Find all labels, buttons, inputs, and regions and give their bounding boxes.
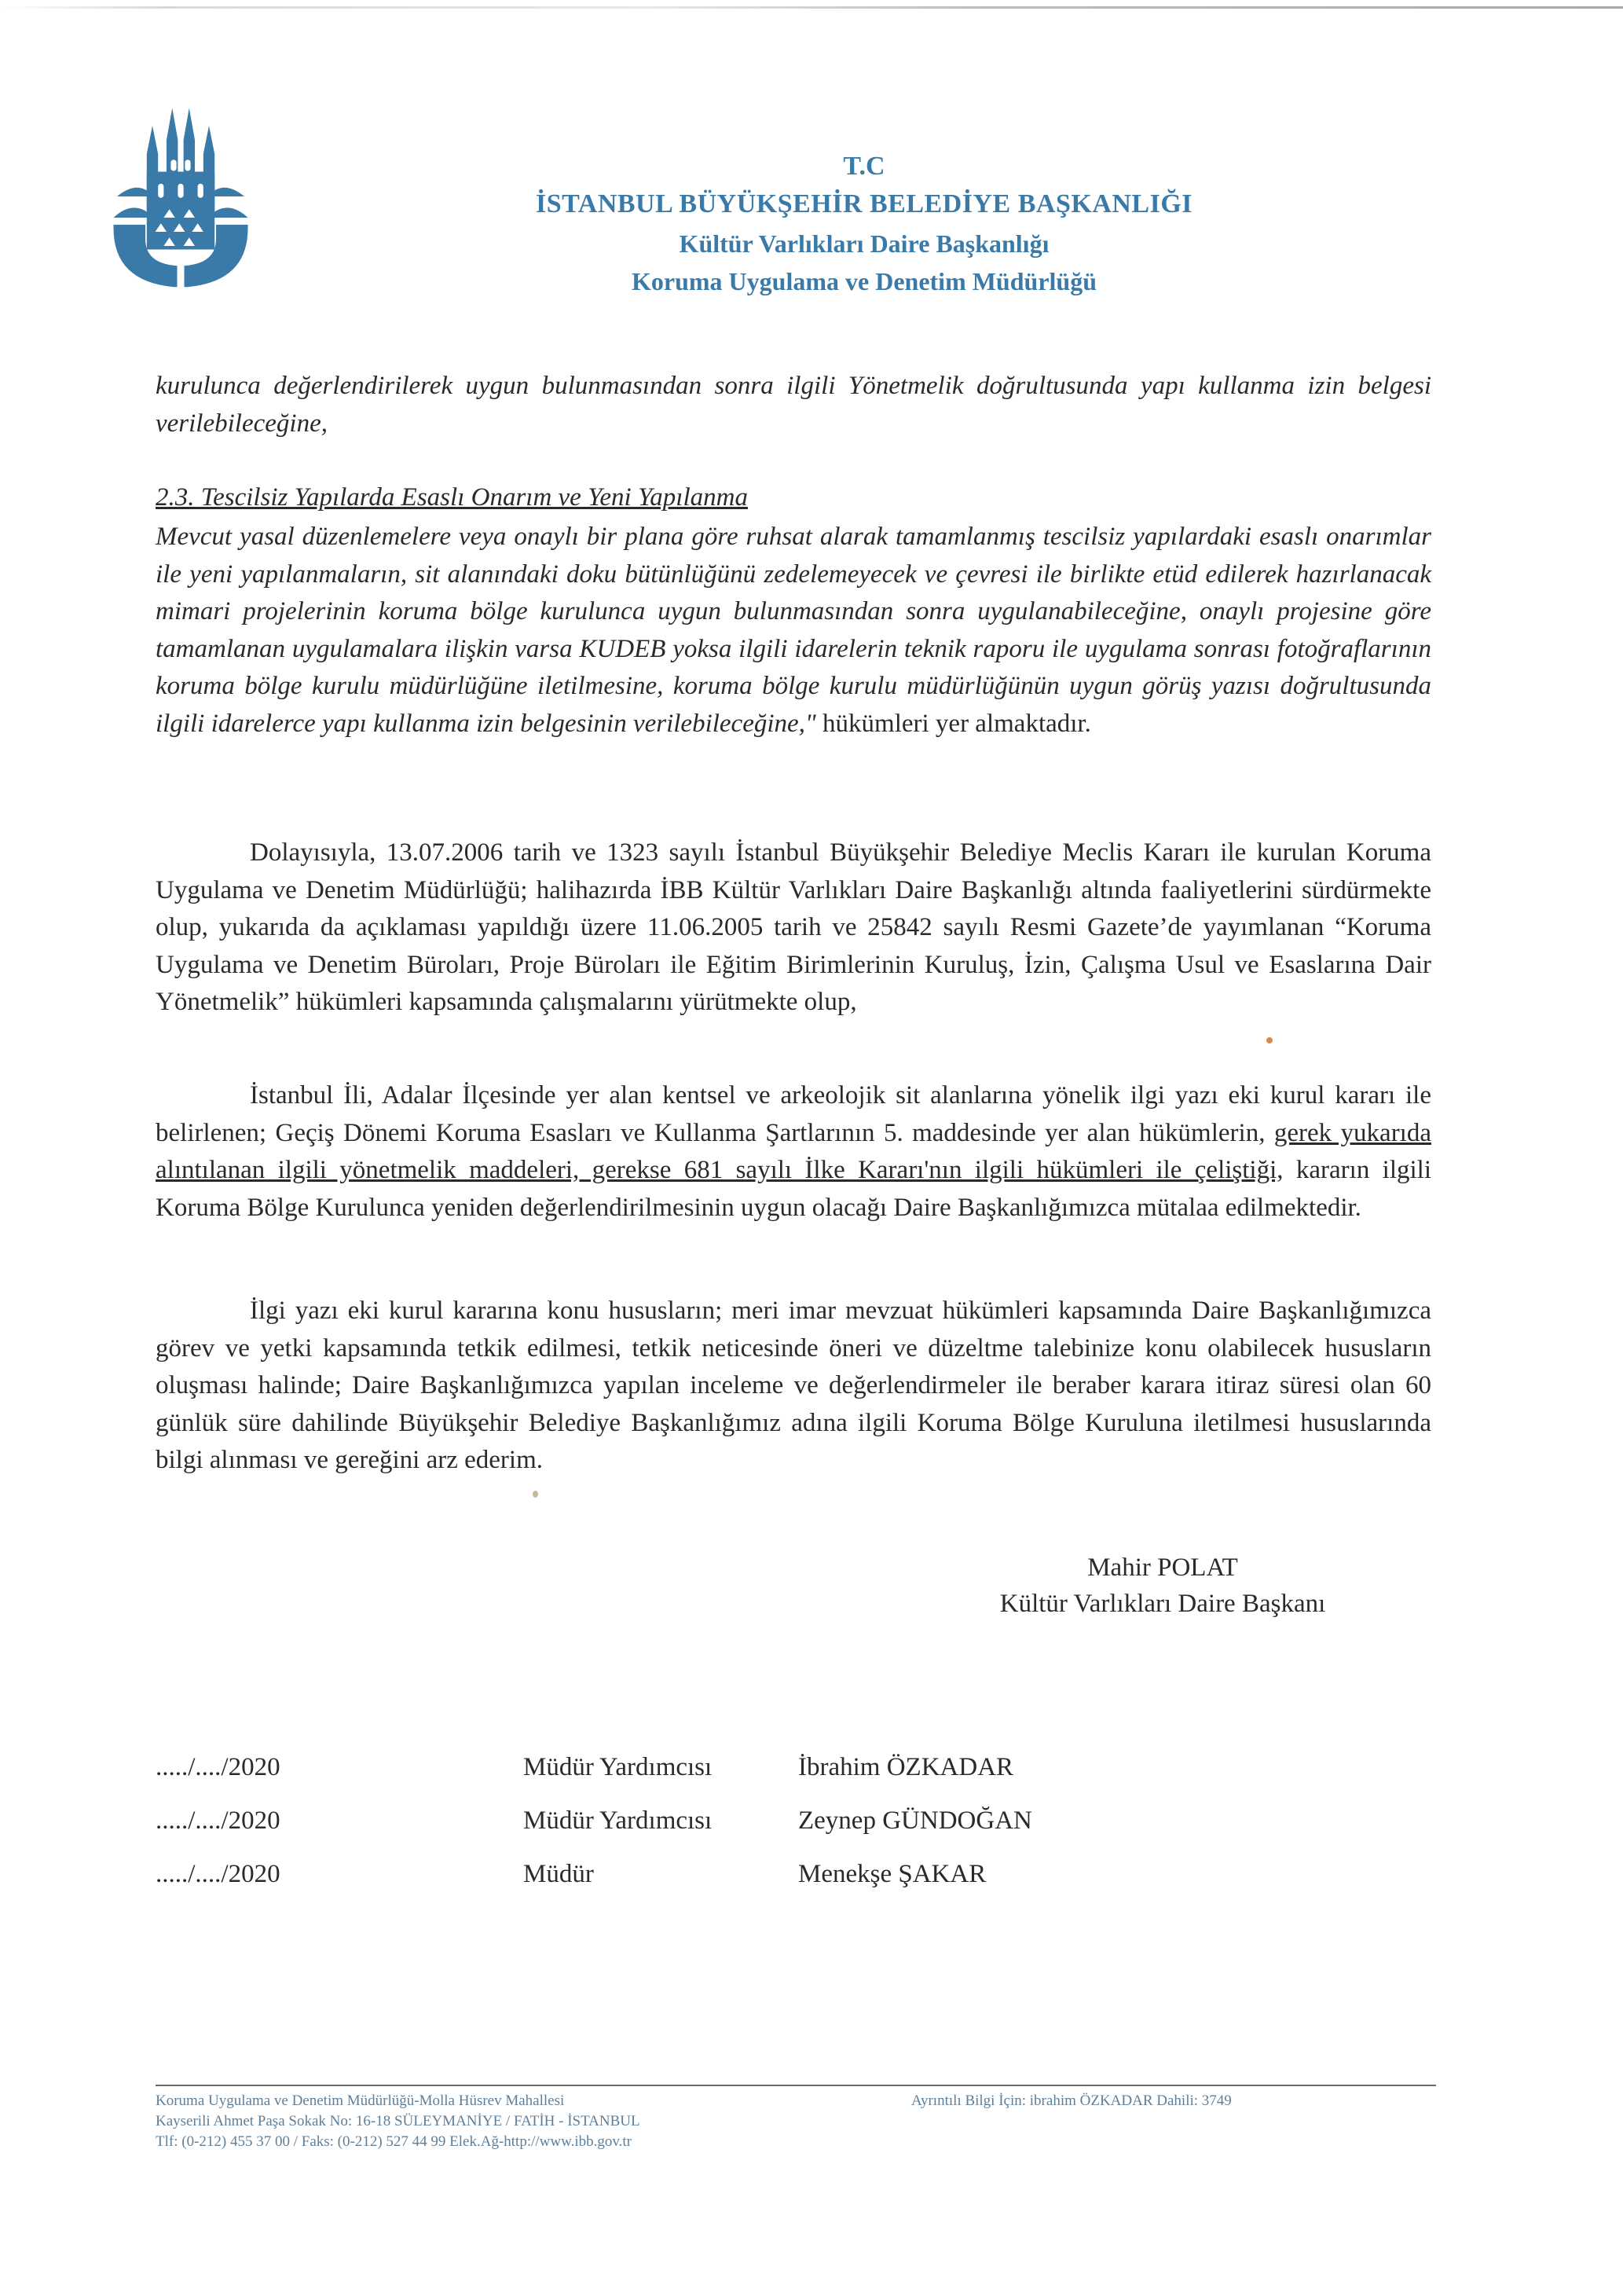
approval-date: ...../..../2020 — [156, 1794, 523, 1847]
signatory-title: Kültür Varlıkları Daire Başkanı — [943, 1586, 1383, 1622]
footer-address-line3: Tlf: (0-212) 455 37 00 / Faks: (0-212) 5… — [156, 2132, 640, 2152]
footer-contact: Ayrıntılı Bilgi İçin: ibrahim ÖZKADAR Da… — [911, 2091, 1232, 2111]
approval-title: Müdür — [523, 1847, 798, 1901]
approval-name: Zeynep GÜNDOĞAN — [798, 1794, 1032, 1847]
signature-block: Mahir POLAT Kültür Varlıkları Daire Başk… — [943, 1550, 1383, 1622]
paragraph-ilgi: İlgi yazı eki kurul kararına konu hususl… — [156, 1293, 1431, 1480]
approval-row: ...../..../2020 Müdür Menekşe ŞAKAR — [156, 1847, 1032, 1901]
header-unit: Koruma Uygulama ve Denetim Müdürlüğü — [236, 262, 1493, 300]
approval-row: ...../..../2020 Müdür Yardımcısı Zeynep … — [156, 1794, 1032, 1847]
header-department: Kültür Varlıkları Daire Başkanlığı — [236, 225, 1493, 262]
footer-address: Koruma Uygulama ve Denetim Müdürlüğü-Mol… — [156, 2091, 640, 2152]
quoted-regulation-text: Mevcut yasal düzenlemelere veya onaylı b… — [156, 523, 1431, 738]
approval-row: ...../..../2020 Müdür Yardımcısı İbrahim… — [156, 1740, 1032, 1794]
letterhead: T.C İSTANBUL BÜYÜKŞEHİR BELEDİYE BAŞKANL… — [236, 149, 1493, 300]
ibb-mosque-logo-icon — [110, 102, 251, 291]
header-tc: T.C — [236, 149, 1493, 184]
footer-divider — [156, 2085, 1436, 2086]
approval-title: Müdür Yardımcısı — [523, 1794, 798, 1847]
continuation-paragraph: kurulunca değerlendirilerek uygun bulunm… — [156, 368, 1431, 442]
approval-name: İbrahim ÖZKADAR — [798, 1740, 1013, 1794]
footer-address-line2: Kayserili Ahmet Paşa Sokak No: 16-18 SÜL… — [156, 2111, 640, 2132]
scan-speck — [1266, 1037, 1273, 1043]
header-organization: İSTANBUL BÜYÜKŞEHİR BELEDİYE BAŞKANLIĞI — [236, 184, 1493, 225]
scan-edge — [0, 6, 1623, 9]
footer-address-line1: Koruma Uygulama ve Denetim Müdürlüğü-Mol… — [156, 2091, 640, 2111]
paragraph-istanbul: İstanbul İli, Adalar İlçesinde yer alan … — [156, 1077, 1431, 1227]
scan-speck — [533, 1491, 538, 1498]
quoted-regulation-paragraph: Mevcut yasal düzenlemelere veya onaylı b… — [156, 519, 1431, 743]
signatory-name: Mahir POLAT — [943, 1550, 1383, 1586]
approval-date: ...../..../2020 — [156, 1847, 523, 1901]
section-heading: 2.3. Tescilsiz Yapılarda Esaslı Onarım v… — [156, 479, 1431, 517]
approval-title: Müdür Yardımcısı — [523, 1740, 798, 1794]
paragraph-istanbul-start: İstanbul İli, Adalar İlçesinde yer alan … — [156, 1081, 1431, 1147]
paragraph-dolayisiyla: Dolayısıyla, 13.07.2006 tarih ve 1323 sa… — [156, 834, 1431, 1021]
quote-tail: hükümleri yer almaktadır. — [816, 710, 1091, 738]
approval-name: Menekşe ŞAKAR — [798, 1847, 986, 1901]
approval-list: ...../..../2020 Müdür Yardımcısı İbrahim… — [156, 1740, 1032, 1901]
approval-date: ...../..../2020 — [156, 1740, 523, 1794]
